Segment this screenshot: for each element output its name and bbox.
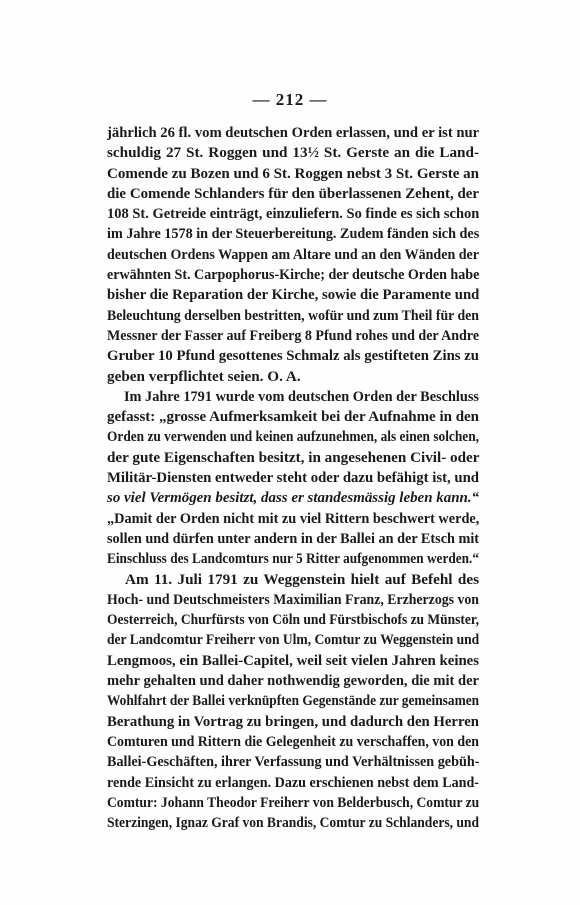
text-line: Militär-Diensten entweder steht oder daz… — [107, 468, 479, 488]
text-line: Comtur: Johann Theodor Freiherr von Beld… — [107, 793, 479, 813]
text-line: im Jahre 1578 in der Steuerbereitung. Zu… — [107, 224, 479, 244]
text-line: Messner der Fasser auf Freiberg 8 Pfund … — [107, 326, 479, 346]
text-line: deutschen Ordens Wappen am Altare und an… — [107, 245, 479, 265]
text-line: Lengmoos, ein Ballei-Capitel, weil seit … — [107, 651, 479, 671]
text-line: so viel Vermögen besitzt, dass er stande… — [107, 488, 479, 508]
text-line: sollen und dürfen unter andern in der Ba… — [107, 529, 479, 549]
text-line: der Landcomtur Freiherr von Ulm, Comtur … — [107, 630, 479, 650]
page-number: — 212 — — [0, 90, 580, 110]
text-line: Berathung in Vortrag zu bringen, und dad… — [107, 712, 479, 732]
text-line: erwähnten St. Carpophorus-Kirche; der de… — [107, 265, 479, 285]
text-line: Gruber 10 Pfund gesottenes Schmalz als g… — [107, 346, 479, 366]
text-line: geben verpflichtet seien. O. A. — [107, 367, 479, 387]
text-line: gefasst: „grosse Aufmerksamkeit bei der … — [107, 407, 479, 427]
text-line: rende Einsicht zu erlangen. Dazu erschie… — [107, 773, 479, 793]
text-line: Comturen und Rittern die Gelegenheit zu … — [107, 732, 479, 752]
text-line: jährlich 26 fl. vom deutschen Orden erla… — [107, 123, 479, 143]
text-line: Am 11. Juli 1791 zu Weggenstein hielt au… — [107, 570, 479, 590]
book-page: — 212 — jährlich 26 fl. vom deutschen Or… — [0, 0, 580, 905]
text-line: Oesterreich, Churfürsts von Cöln und Für… — [107, 610, 479, 630]
text-line: Comende zu Bozen und 6 St. Roggen nebst … — [107, 164, 479, 184]
text-line: schuldig 27 St. Roggen und 13½ St. Gerst… — [107, 143, 479, 163]
text-line: die Comende Schlanders für den überlasse… — [107, 184, 479, 204]
text-line: der gute Eigenschaften besitzt, in anges… — [107, 448, 479, 468]
text-line: Orden zu verwenden und keinen aufzunehme… — [107, 427, 479, 447]
text-line: Beleuchtung derselben bestritten, wofür … — [107, 306, 479, 326]
text-line: mehr gehalten und daher nothwendig gewor… — [107, 671, 479, 691]
text-line: bisher die Reparation der Kirche, sowie … — [107, 285, 479, 305]
body-text: jährlich 26 fl. vom deutschen Orden erla… — [107, 123, 479, 833]
text-line: Wohlfahrt der Ballei verknüpften Gegenst… — [107, 691, 479, 711]
text-line: Ballei-Geschäften, ihrer Verfassung und … — [107, 752, 479, 772]
text-line: Einschluss des Landcomturs nur 5 Ritter … — [107, 549, 479, 569]
text-line: „Damit der Orden nicht mit zu viel Ritte… — [107, 509, 479, 529]
text-line: Hoch- und Deutschmeisters Maximilian Fra… — [107, 590, 479, 610]
text-line: Im Jahre 1791 wurde vom deutschen Orden … — [107, 387, 479, 407]
text-line: Sterzingen, Ignaz Graf von Brandis, Comt… — [107, 813, 479, 833]
text-line: 108 St. Getreide einträgt, einzuliefern.… — [107, 204, 479, 224]
